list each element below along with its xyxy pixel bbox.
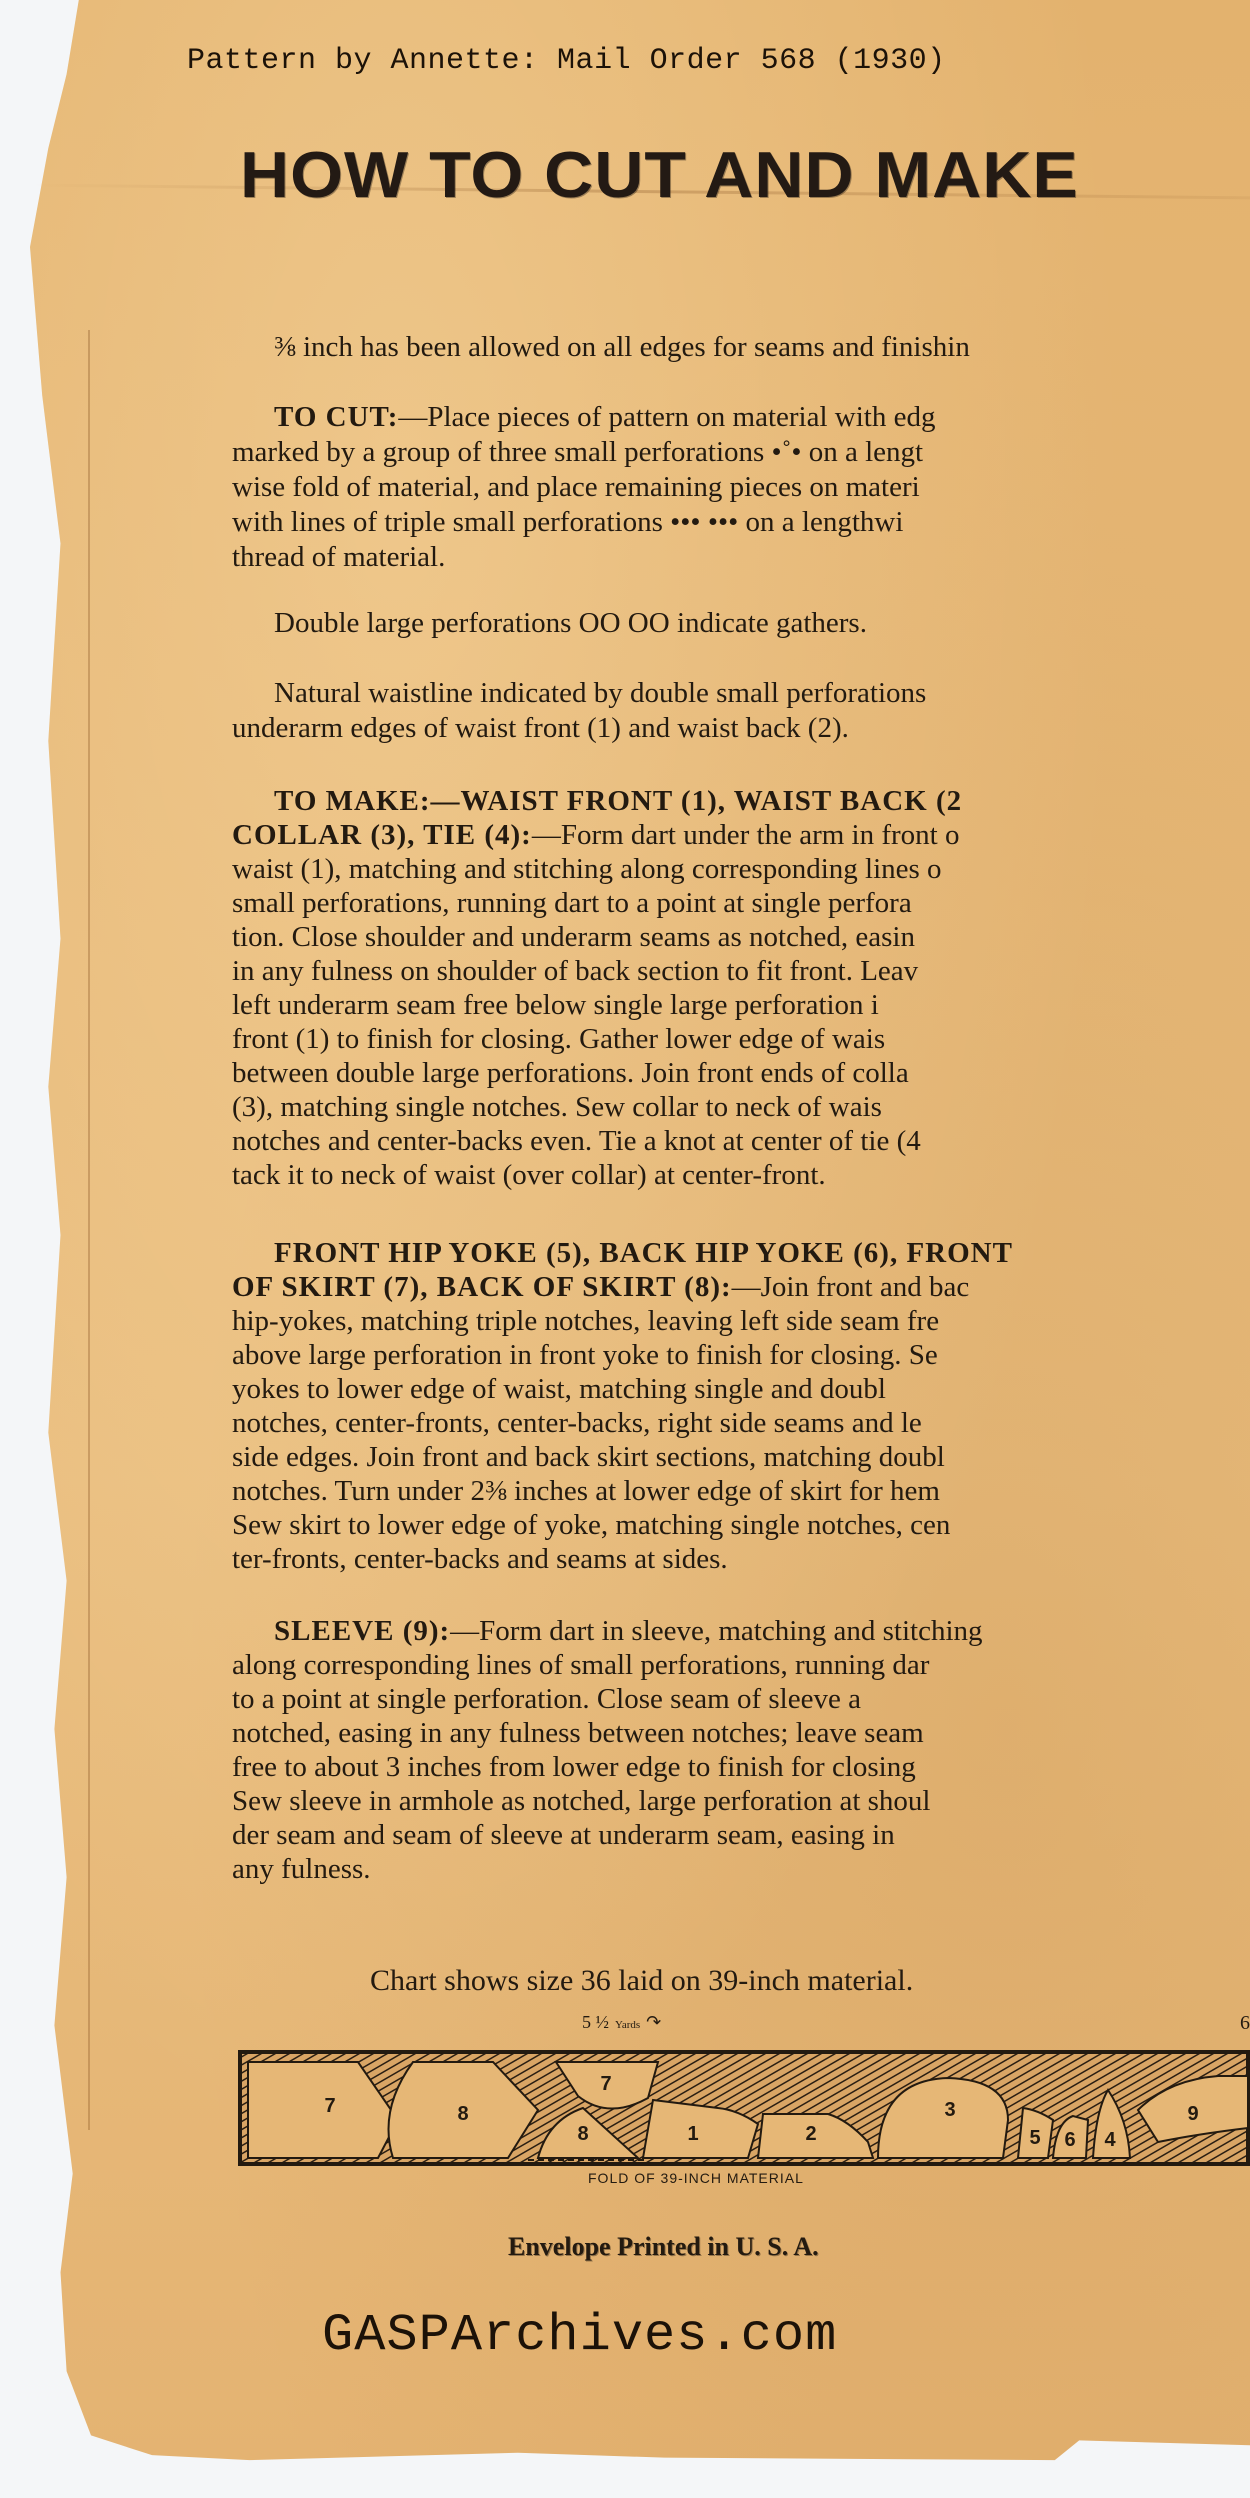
seam-allowance-note: ⅜ inch has been allowed on all edges for… (274, 330, 970, 364)
chart-caption: Chart shows size 36 laid on 39-inch mate… (370, 1964, 913, 1998)
hip-yoke-line: notches. Turn under 2⅜ inches at lower e… (232, 1474, 940, 1508)
yardage-label: 5 ½Yards↷ (582, 2012, 661, 2033)
to-make-line: front (1) to finish for closing. Gather … (232, 1022, 885, 1056)
curved-arrow-icon: ↷ (646, 2012, 661, 2032)
waistline-line: Natural waistline indicated by double sm… (274, 676, 926, 710)
hip-yoke-line: OF SKIRT (7), BACK OF SKIRT (8):—Join fr… (232, 1270, 969, 1304)
envelope-printed-note: Envelope Printed in U. S. A. (508, 2232, 819, 2262)
chart-label: 7 (600, 2073, 611, 2095)
hip-yoke-line: yokes to lower edge of waist, matching s… (232, 1372, 886, 1406)
to-make-line: tack it to neck of waist (over collar) a… (232, 1158, 826, 1192)
hip-yoke-line: notches, center-fronts, center-backs, ri… (232, 1406, 922, 1440)
to-make-line: notches and center-backs even. Tie a kno… (232, 1124, 921, 1158)
pattern-caption: Pattern by Annette: Mail Order 568 (1930… (187, 44, 946, 78)
chart-label: 5 (1029, 2127, 1040, 2149)
to-make-line: COLLAR (3), TIE (4):—Form dart under the… (232, 818, 959, 852)
sleeve-line: der seam and seam of sleeve at underarm … (232, 1818, 895, 1852)
sleeve-line: free to about 3 inches from lower edge t… (232, 1750, 916, 1784)
chart-label: 7 (324, 2095, 335, 2117)
chart-label: 1 (687, 2123, 698, 2145)
instructions-headline: HOW TO CUT AND MAKE (240, 138, 1079, 212)
hip-yoke-line: above large perforation in front yoke to… (232, 1338, 938, 1372)
to-cut-line: marked by a group of three small perfora… (232, 435, 923, 469)
hip-yoke-line: ter-fronts, center-backs and seams at si… (232, 1542, 728, 1576)
to-make-line: small perforations, running dart to a po… (232, 886, 912, 920)
sleeve-line: Sew sleeve in armhole as notched, large … (232, 1784, 930, 1818)
chart-label: 8 (577, 2123, 588, 2145)
waistline-line: underarm edges of waist front (1) and wa… (232, 711, 849, 745)
to-make-line: tion. Close shoulder and underarm seams … (232, 920, 915, 954)
paper-fold-line (88, 330, 90, 2130)
sleeve-line: SLEEVE (9):—Form dart in sleeve, matchin… (274, 1614, 983, 1648)
chart-label: 6 (1064, 2129, 1075, 2151)
to-make-line: waist (1), matching and stitching along … (232, 852, 942, 886)
sleeve-line: any fulness. (232, 1852, 371, 1886)
yardage-mark-right: 6 (1240, 2012, 1250, 2035)
to-cut-line: thread of material. (232, 540, 445, 574)
chart-label: 9 (1187, 2103, 1198, 2125)
hip-yoke-line: side edges. Join front and back skirt se… (232, 1440, 945, 1474)
fold-label: FOLD OF 39-INCH MATERIAL (588, 2170, 804, 2186)
to-make-heading: TO MAKE:—WAIST FRONT (1), WAIST BACK (2 (274, 784, 962, 818)
to-cut-line: TO CUT:—Place pieces of pattern on mater… (274, 400, 935, 434)
to-cut-line: wise fold of material, and place remaini… (232, 470, 920, 504)
chart-label: 3 (944, 2099, 955, 2121)
cutting-layout-chart: 7 8 7 8 1 2 3 5 6 4 9 (238, 2050, 1250, 2166)
hip-yoke-line: Sew skirt to lower edge of yoke, matchin… (232, 1508, 950, 1542)
chart-label: 8 (457, 2103, 468, 2125)
sleeve-heading: SLEEVE (9): (274, 1615, 450, 1647)
to-cut-heading: TO CUT: (274, 401, 398, 433)
to-make-line: (3), matching single notches. Sew collar… (232, 1090, 882, 1124)
sleeve-line: to a point at single perforation. Close … (232, 1682, 861, 1716)
hip-yoke-line: hip-yokes, matching triple notches, leav… (232, 1304, 939, 1338)
archive-watermark: GASPArchives.com (322, 2306, 837, 2365)
to-cut-line: with lines of triple small perforations … (232, 505, 903, 539)
to-make-line: left underarm seam free below single lar… (232, 988, 879, 1022)
chart-label: 2 (805, 2123, 816, 2145)
chart-label: 4 (1104, 2129, 1116, 2151)
gathers-note: Double large perforations OO OO indicate… (274, 606, 867, 640)
sleeve-line: along corresponding lines of small perfo… (232, 1648, 929, 1682)
to-make-line: in any fulness on shoulder of back secti… (232, 954, 918, 988)
sleeve-line: notched, easing in any fulness between n… (232, 1716, 924, 1750)
to-make-line: between double large perforations. Join … (232, 1056, 909, 1090)
hip-yoke-heading: FRONT HIP YOKE (5), BACK HIP YOKE (6), F… (274, 1236, 1013, 1270)
